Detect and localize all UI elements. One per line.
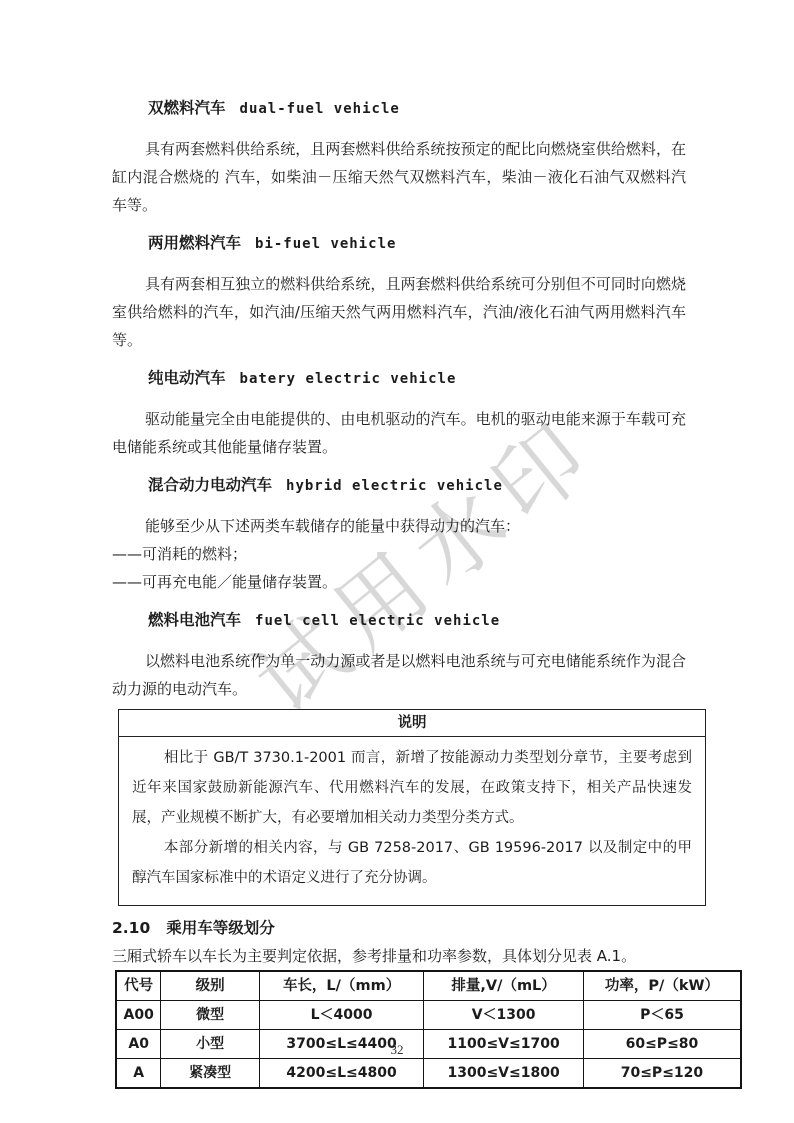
cell-grade: 紧凑型: [161, 1059, 259, 1089]
explanation-box-body: 相比于 GB/T 3730.1-2001 而言，新增了按能源动力类型划分章节，主…: [119, 737, 705, 905]
term-list-item: ——可消耗的燃料；: [112, 540, 686, 568]
passenger-car-grade-table: 代号 级别 车长，L/（mm） 排量,V/（mL） 功率，P/（kW） A00 …: [115, 970, 742, 1089]
cell-displacement: V＜1300: [424, 1001, 584, 1030]
cell-displacement: 1300≤V≤1800: [424, 1059, 584, 1089]
page-number: 32: [0, 1042, 794, 1058]
col-header-power: 功率，P/（kW）: [583, 971, 741, 1001]
section-title: 乘用车等级划分: [166, 919, 275, 937]
cell-length: 4200≤L≤4800: [259, 1059, 424, 1089]
document-page: 试用水印 双燃料汽车dual-fuel vehicle 具有两套燃料供给系统，且…: [0, 0, 794, 1123]
term-zh: 混合动力电动汽车: [148, 476, 272, 494]
term-heading-bi-fuel: 两用燃料汽车bi-fuel vehicle: [112, 229, 686, 258]
term-en: fuel cell electric vehicle: [255, 613, 500, 629]
term-definition: 驱动能量完全由电能提供的、由电机驱动的汽车。电机的驱动电能来源于车载可充电储能系…: [112, 405, 686, 461]
cell-code: A: [116, 1059, 161, 1089]
section-heading-2-10: 2.10乘用车等级划分: [112, 914, 686, 942]
col-header-displacement: 排量,V/（mL）: [424, 971, 584, 1001]
table-header-row: 代号 级别 车长，L/（mm） 排量,V/（mL） 功率，P/（kW）: [116, 971, 741, 1001]
term-en: dual-fuel vehicle: [240, 101, 400, 117]
explanation-box: 说明 相比于 GB/T 3730.1-2001 而言，新增了按能源动力类型划分章…: [118, 709, 706, 906]
term-list-item: ——可再充电能／能量储存装置。: [112, 568, 686, 596]
explanation-paragraph: 相比于 GB/T 3730.1-2001 而言，新增了按能源动力类型划分章节，主…: [132, 743, 692, 833]
cell-power: P＜65: [583, 1001, 741, 1030]
table-row: A 紧凑型 4200≤L≤4800 1300≤V≤1800 70≤P≤120: [116, 1059, 741, 1089]
term-zh: 纯电动汽车: [148, 369, 226, 387]
cell-code: A00: [116, 1001, 161, 1030]
term-heading-hybrid-electric: 混合动力电动汽车hybrid electric vehicle: [112, 471, 686, 500]
term-en: batery electric vehicle: [240, 371, 457, 387]
term-en: hybrid electric vehicle: [286, 478, 503, 494]
term-heading-dual-fuel: 双燃料汽车dual-fuel vehicle: [112, 94, 686, 123]
col-header-grade: 级别: [161, 971, 259, 1001]
col-header-length: 车长，L/（mm）: [259, 971, 424, 1001]
term-en: bi-fuel vehicle: [255, 236, 396, 252]
explanation-paragraph: 本部分新增的相关内容，与 GB 7258-2017、GB 19596-2017 …: [132, 833, 692, 893]
term-definition: 具有两套相互独立的燃料供给系统，且两套燃料供给系统可分别但不可同时向燃烧室供给燃…: [112, 270, 686, 354]
term-zh: 双燃料汽车: [148, 99, 226, 117]
term-definition: 以燃料电池系统作为单一动力源或者是以燃料电池系统与可充电储能系统作为混合动力源的…: [112, 647, 686, 703]
page-content: 双燃料汽车dual-fuel vehicle 具有两套燃料供给系统，且两套燃料供…: [112, 84, 686, 1089]
cell-power: 70≤P≤120: [583, 1059, 741, 1089]
explanation-box-title: 说明: [119, 710, 705, 737]
cell-length: L＜4000: [259, 1001, 424, 1030]
term-heading-fuel-cell: 燃料电池汽车fuel cell electric vehicle: [112, 606, 686, 635]
term-zh: 两用燃料汽车: [148, 234, 241, 252]
term-heading-battery-electric: 纯电动汽车batery electric vehicle: [112, 364, 686, 393]
col-header-code: 代号: [116, 971, 161, 1001]
term-zh: 燃料电池汽车: [148, 611, 241, 629]
term-definition: 具有两套燃料供给系统，且两套燃料供给系统按预定的配比向燃烧室供给燃料，在缸内混合…: [112, 135, 686, 219]
cell-grade: 微型: [161, 1001, 259, 1030]
section-intro-text: 三厢式轿车以车长为主要判定依据，参考排量和功率参数，具体划分见表 A.1。: [112, 942, 686, 970]
term-definition: 能够至少从下述两类车载储存的能量中获得动力的汽车：: [112, 512, 686, 540]
table-row: A00 微型 L＜4000 V＜1300 P＜65: [116, 1001, 741, 1030]
section-number: 2.10: [112, 919, 150, 937]
